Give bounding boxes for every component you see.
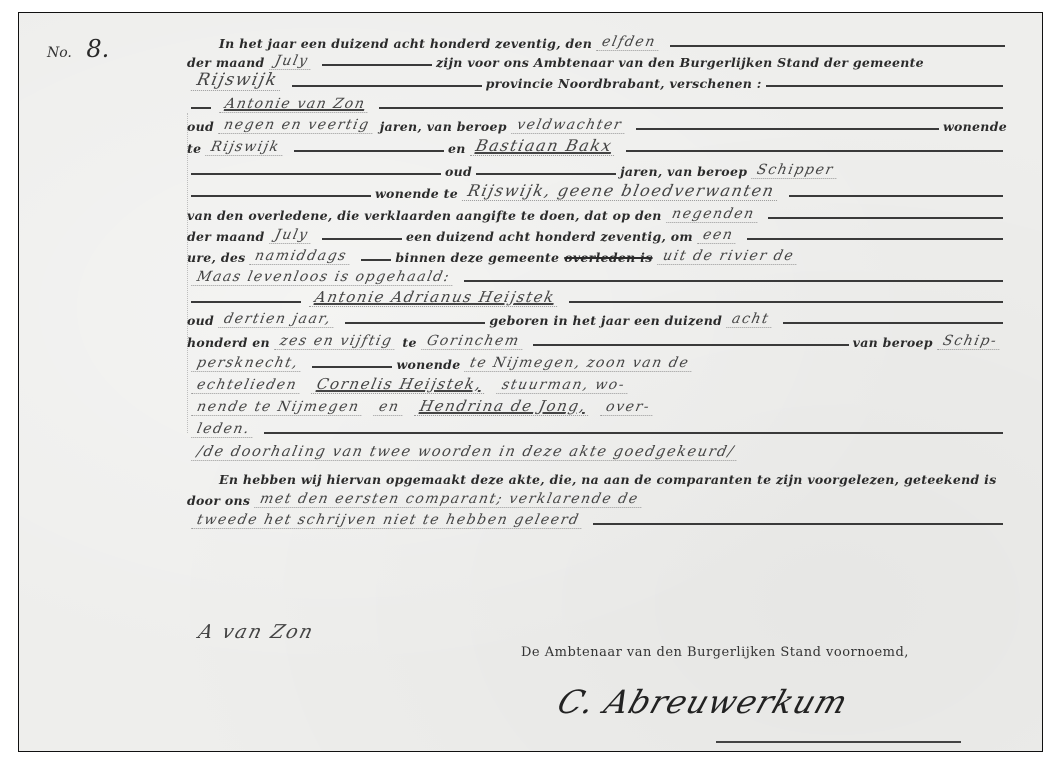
signature-underline (716, 741, 961, 743)
printed-text: een duizend acht honderd zeventig, om (406, 229, 693, 244)
fill-line (476, 173, 616, 175)
handwritten-municipality: Rijswijk (191, 70, 284, 91)
printed-text: oud (445, 164, 472, 179)
handwritten-father-profession: stuurman, wo- (496, 377, 631, 394)
line-deceased: Antonie Adrianus Heijstek (187, 287, 1007, 307)
struck-text: overleden is (564, 250, 652, 265)
line-mother: nende te Nijmegen en Hendrina de Jong, o… (187, 396, 1007, 416)
fill-line (312, 366, 392, 368)
handwritten-father-residence: nende te Nijmegen (191, 399, 365, 416)
line-date-day: In het jaar een duizend acht honderd zev… (219, 31, 1009, 51)
line-marginal-approval: /de doorhaling van twee woorden in deze … (187, 441, 1007, 461)
fill-line (747, 238, 1003, 240)
printed-text: der maand (187, 229, 265, 244)
fill-line (294, 150, 444, 152)
line-declarant-1: Antonie van Zon (187, 93, 1007, 113)
handwritten-birth-year: zes en vijftig (274, 333, 398, 350)
printed-text: wonende te (375, 186, 458, 201)
fill-line (379, 107, 1003, 109)
line-municipality: Rijswijk provincie Noordbrabant, versche… (187, 71, 1007, 91)
printed-text: oud (187, 119, 214, 134)
fill-line (783, 322, 1003, 324)
printed-text: oud (187, 313, 214, 328)
line-declarant-1-age: oud negen en veertig jaren, van beroep v… (187, 114, 1007, 134)
handwritten-profession-cont: persknecht, (191, 355, 304, 372)
printed-text: ure, des (187, 250, 245, 265)
line-birth: honderd en zes en vijftig te Gorinchem v… (187, 330, 1007, 350)
printed-text: jaren, van beroep (380, 119, 507, 134)
handwritten-spouses: echtelieden (191, 377, 303, 394)
handwritten-mother-name: Hendrina de Jong, (414, 397, 592, 416)
fill-line (636, 128, 939, 130)
handwritten-daytime: namiddags (250, 248, 354, 265)
line-declaration: van den overledene, die verklaarden aang… (187, 203, 1007, 223)
fill-line (191, 173, 441, 175)
printed-text: van beroep (853, 335, 933, 350)
printed-text: zijn voor ons Ambtenaar van den Burgerli… (436, 55, 924, 70)
line-father: echtelieden Cornelis Heijstek, stuurman,… (187, 374, 1007, 394)
printed-text: wonende (396, 357, 460, 372)
handwritten-profession: veldwachter (511, 117, 628, 134)
document-scan-frame: No. 8. In het jaar een duizend acht hond… (18, 12, 1043, 752)
printed-text: En hebben wij hiervan opgemaakt deze akt… (219, 472, 997, 487)
printed-text: wonende (943, 119, 1007, 134)
printed-text: door ons (187, 493, 250, 508)
handwritten-birth-century: acht (726, 311, 775, 328)
fill-line (626, 150, 1003, 152)
printed-text: en (448, 141, 466, 156)
handwritten-illiterate-note: tweede het schrijven niet te hebben gele… (191, 512, 585, 529)
certificate-number: No. 8. (47, 35, 109, 63)
printed-text: jaren, van beroep (620, 164, 747, 179)
handwritten-deceased-name: Antonie Adrianus Heijstek (309, 288, 561, 307)
handwritten-deceased-status: over- (600, 399, 656, 416)
handwritten-declarant-2-name: Bastiaan Bakx (469, 136, 618, 156)
printed-text: te (187, 141, 201, 156)
handwritten-age: negen en veertig (218, 117, 375, 134)
printed-text: binnen deze gemeente (395, 250, 559, 265)
line-death-month: der maand July een duizend acht honderd … (187, 224, 1007, 244)
line-deceased-age: oud dertien jaar, geboren in het jaar ee… (187, 308, 1007, 328)
fill-line (464, 280, 1003, 282)
fill-line (322, 238, 402, 240)
fill-line (191, 195, 371, 197)
handwritten-death-month: July (269, 227, 314, 244)
fill-line (361, 259, 391, 261)
fill-line (191, 107, 211, 109)
handwritten-age: dertien jaar, (218, 311, 337, 328)
fill-line (345, 322, 485, 324)
official-caption: De Ambtenaar van den Burgerlijken Stand … (521, 645, 909, 660)
handwritten-birthplace: Gorinchem (421, 333, 525, 350)
fill-line (569, 301, 1003, 303)
handwritten-approval-note: /de doorhaling van twee woorden in deze … (191, 444, 740, 461)
line-closing-formula: En hebben wij hiervan opgemaakt deze akt… (219, 467, 1009, 487)
signature-declarant: A van Zon (196, 621, 317, 643)
line-month: der maand July zijn voor ons Ambtenaar v… (187, 50, 1007, 70)
fill-line (670, 45, 1005, 47)
handwritten-father-name: Cornelis Heijstek, (311, 375, 488, 394)
handwritten-month: July (269, 53, 314, 70)
fill-line (533, 344, 848, 346)
number-value: 8. (86, 35, 109, 63)
fill-line (593, 523, 1003, 525)
fill-line (789, 195, 1003, 197)
handwritten-place: uit de rivier de (657, 248, 800, 265)
handwritten-residence-relation: Rijswijk, geene bloedverwanten (462, 181, 781, 201)
signature-official: C. Abreuwerkum (553, 683, 853, 721)
fill-line (768, 217, 1003, 219)
number-label: No. (47, 45, 72, 61)
line-deceased-residence: persknecht, wonende te Nijmegen, zoon va… (187, 352, 1007, 372)
handwritten-profession: Schip- (937, 333, 1003, 350)
printed-text: der maand (187, 55, 265, 70)
line-declarant-2-residence: wonende te Rijswijk, geene bloedverwante… (187, 181, 1007, 201)
fill-line (766, 85, 1003, 87)
printed-text: honderd en (187, 335, 270, 350)
printed-text: van den overledene, die verklaarden aang… (187, 208, 662, 223)
printed-text: provincie Noordbrabant, verschenen : (486, 76, 762, 91)
handwritten-place-cont: Maas levenloos is opgehaald: (191, 269, 456, 286)
line-place-cont: Maas levenloos is opgehaald: (187, 266, 1007, 286)
fill-line (322, 64, 432, 66)
fill-line (264, 432, 1003, 434)
line-status-cont: leden. (187, 418, 1007, 438)
line-declarant-2-age: oud jaren, van beroep Schipper (187, 159, 1007, 179)
line-declarant-2: te Rijswijk en Bastiaan Bakx (187, 136, 1007, 156)
handwritten-death-day: negenden (666, 206, 760, 223)
printed-text: te (402, 335, 416, 350)
printed-text: In het jaar een duizend acht honderd zev… (219, 36, 592, 51)
handwritten-hour: een (697, 227, 739, 244)
handwritten-profession: Schipper (751, 162, 839, 179)
handwritten-and: en (374, 399, 406, 416)
line-time-place: ure, des namiddags binnen deze gemeente … (187, 245, 1007, 265)
fill-line (191, 301, 301, 303)
fill-line (292, 85, 482, 87)
handwritten-residence: Rijswijk (206, 139, 286, 156)
handwritten-residence-parent: te Nijmegen, zoon van de (465, 355, 696, 372)
handwritten-status-cont: leden. (191, 421, 256, 438)
handwritten-day: elfden (596, 34, 661, 51)
printed-text: geboren in het jaar een duizend (489, 313, 722, 328)
handwritten-signatories: met den eersten comparant; verklarende d… (254, 491, 644, 508)
line-signed-by: door ons met den eersten comparant; verk… (187, 488, 1007, 508)
handwritten-declarant-1-name: Antonie van Zon (219, 96, 371, 113)
line-illiterate-note: tweede het schrijven niet te hebben gele… (187, 509, 1007, 529)
